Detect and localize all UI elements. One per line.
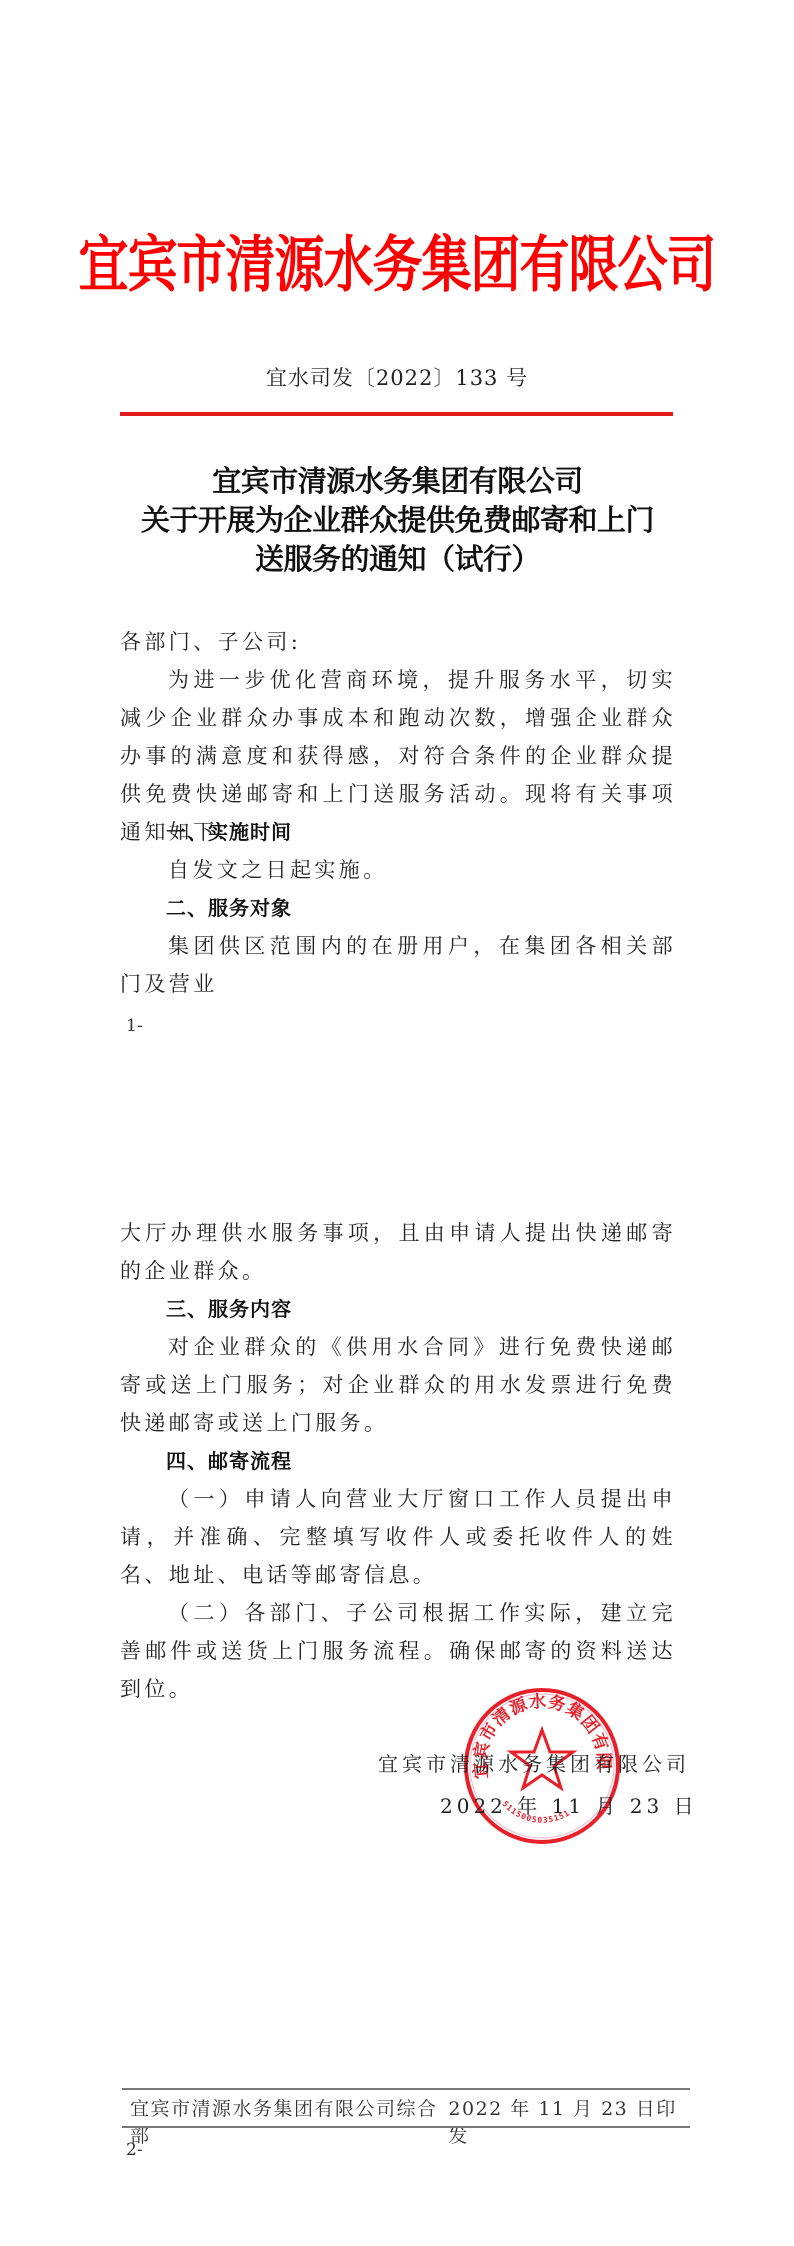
footer-imprint: 宜宾市清源水务集团有限公司综合部 2022 年 11 月 23 日印发 (130, 2094, 690, 2148)
section-heading-1: 一、实施时间 (166, 813, 292, 851)
section-heading-2: 二、服务对象 (166, 889, 292, 927)
section-item-4-1: （一）申请人向营业大厅窗口工作人员提出申请，并准确、完整填写收件人或委托收件人的… (120, 1480, 676, 1594)
section-body-1: 自发文之日起实施。 (120, 851, 676, 889)
title-line-2: 关于开展为企业群众提供免费邮寄和上门 (120, 501, 675, 540)
section-heading-3: 三、服务内容 (166, 1290, 292, 1328)
footer-top-line (122, 2088, 690, 2090)
page-number-1: 1- (126, 1016, 143, 1036)
footer-date: 2022 年 11 月 23 日印发 (448, 2094, 690, 2148)
salutation: 各部门、子公司: (120, 623, 676, 661)
document-title: 宜宾市清源水务集团有限公司 关于开展为企业群众提供免费邮寄和上门 送服务的通知（… (120, 462, 675, 579)
section-heading-4: 四、邮寄流程 (166, 1442, 292, 1480)
red-divider (120, 412, 673, 416)
masthead-title: 宜宾市清源水务集团有限公司 (0, 222, 794, 307)
signature-date: 2022 年 11 月 23 日 (440, 1790, 698, 1819)
section-body-2-part1: 集团供区范围内的在册用户，在集团各相关部门及营业 (120, 927, 676, 1003)
section-body-3: 对企业群众的《供用水合同》进行免费快递邮寄或送上门服务；对企业群众的用水发票进行… (120, 1328, 676, 1442)
footer-bottom-line (122, 2126, 690, 2128)
document-number: 宜水司发〔2022〕133 号 (0, 362, 794, 392)
title-line-3: 送服务的通知（试行） (120, 540, 675, 579)
title-line-1: 宜宾市清源水务集团有限公司 (120, 462, 675, 501)
section-body-2-part2: 大厅办理供水服务事项，且由申请人提出快递邮寄的企业群众。 (120, 1214, 676, 1290)
signature-org: 宜宾市清源水务集团有限公司 (378, 1748, 690, 1777)
page-number-2: 2- (126, 2140, 143, 2160)
footer-issuer: 宜宾市清源水务集团有限公司综合部 (130, 2094, 448, 2148)
